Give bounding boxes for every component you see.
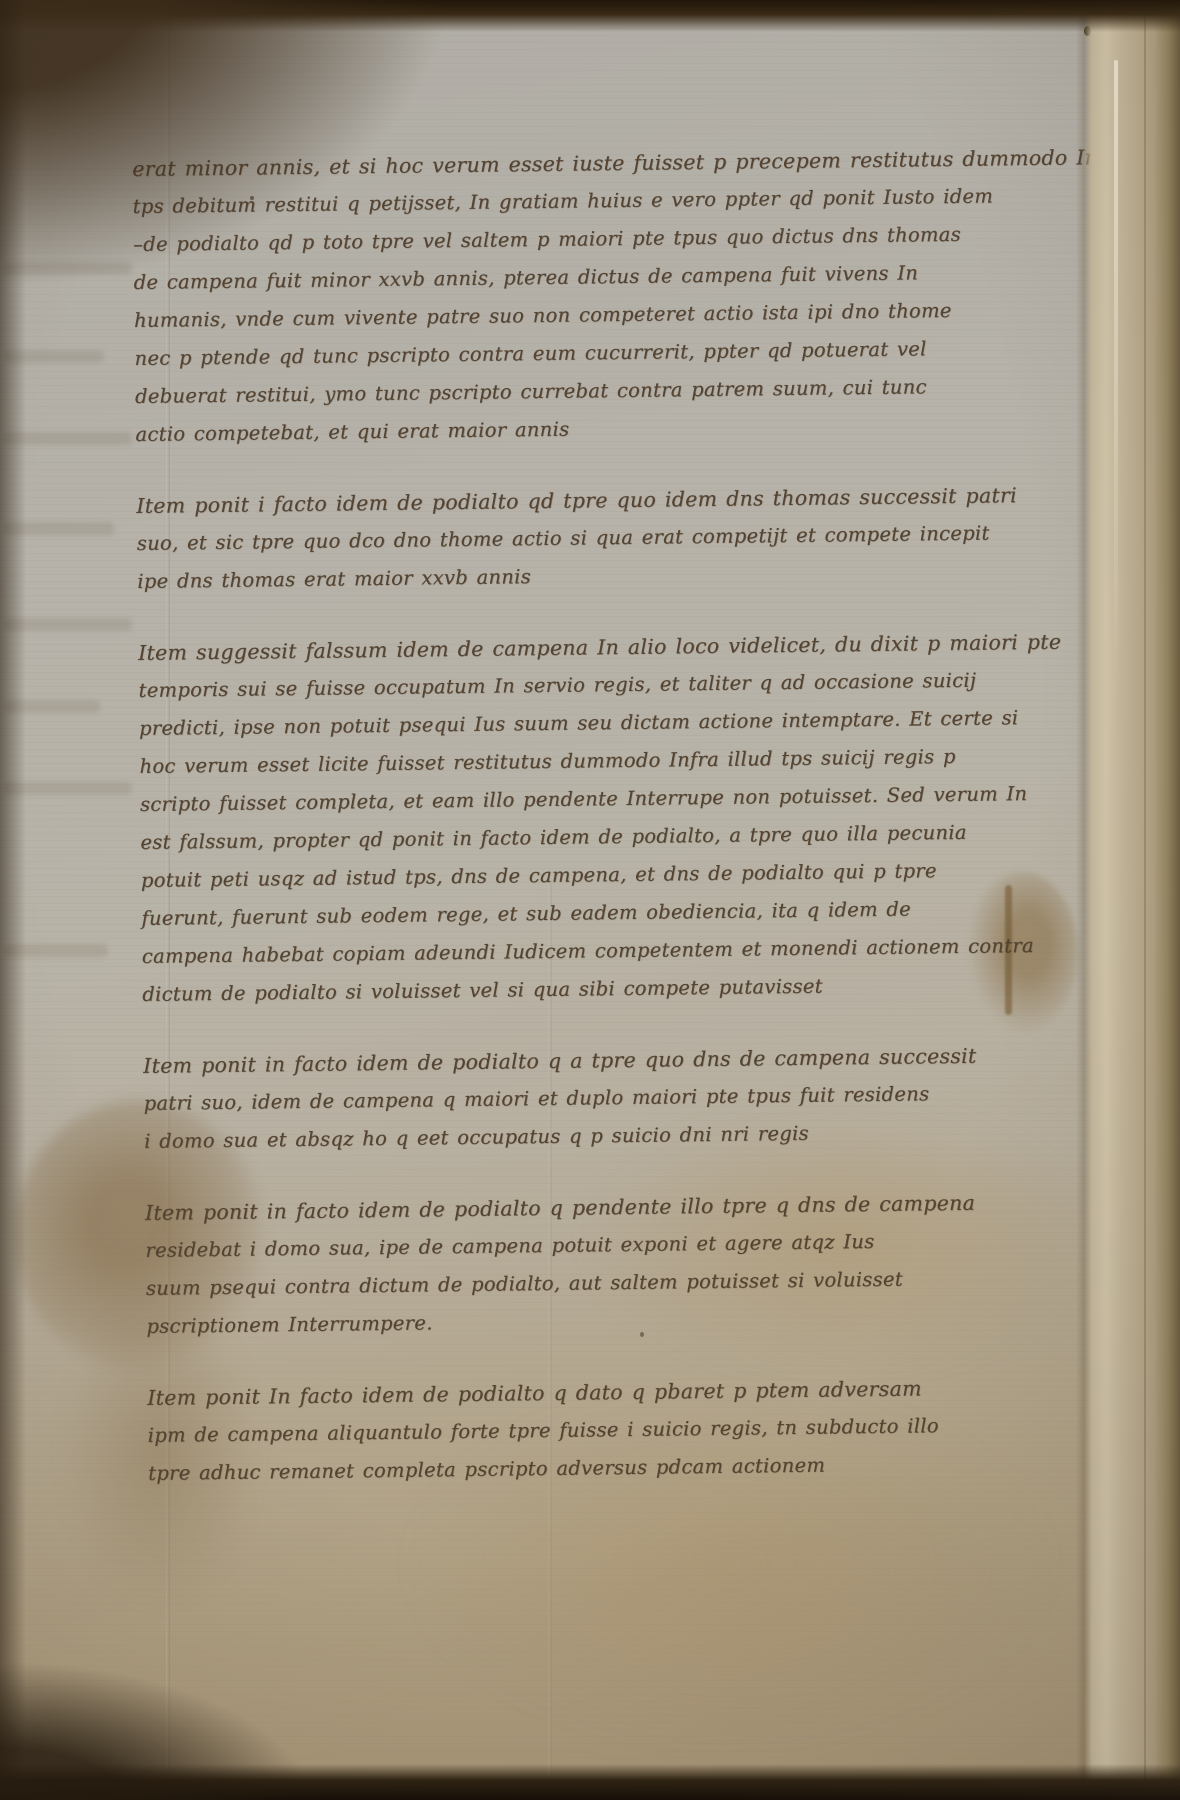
book-edge-left <box>0 0 26 1800</box>
paragraph: Item ponit in facto idem de podialto q p… <box>145 1184 993 1346</box>
paragraph: Item ponit i facto idem de podialto qd t… <box>136 477 983 601</box>
book-corner-top-left <box>0 0 470 300</box>
text-block: erat minor annis, et si hoc verum esset … <box>132 140 995 1526</box>
fore-edge-shadow-line <box>1144 0 1146 1800</box>
fore-edge-highlight <box>1114 60 1118 680</box>
paragraph: Item suggessit falssum idem de campena I… <box>138 624 989 1014</box>
manuscript-photo: erat minor annis, et si hoc verum esset … <box>0 0 1180 1800</box>
paragraph: Item ponit In facto idem de podialto q d… <box>147 1369 994 1493</box>
paragraph: Item ponit in facto idem de podialto q a… <box>143 1037 990 1161</box>
fore-edge-pages <box>1076 0 1180 1800</box>
book-corner-bottom-left <box>0 1660 320 1800</box>
ink-speck <box>640 1332 644 1337</box>
